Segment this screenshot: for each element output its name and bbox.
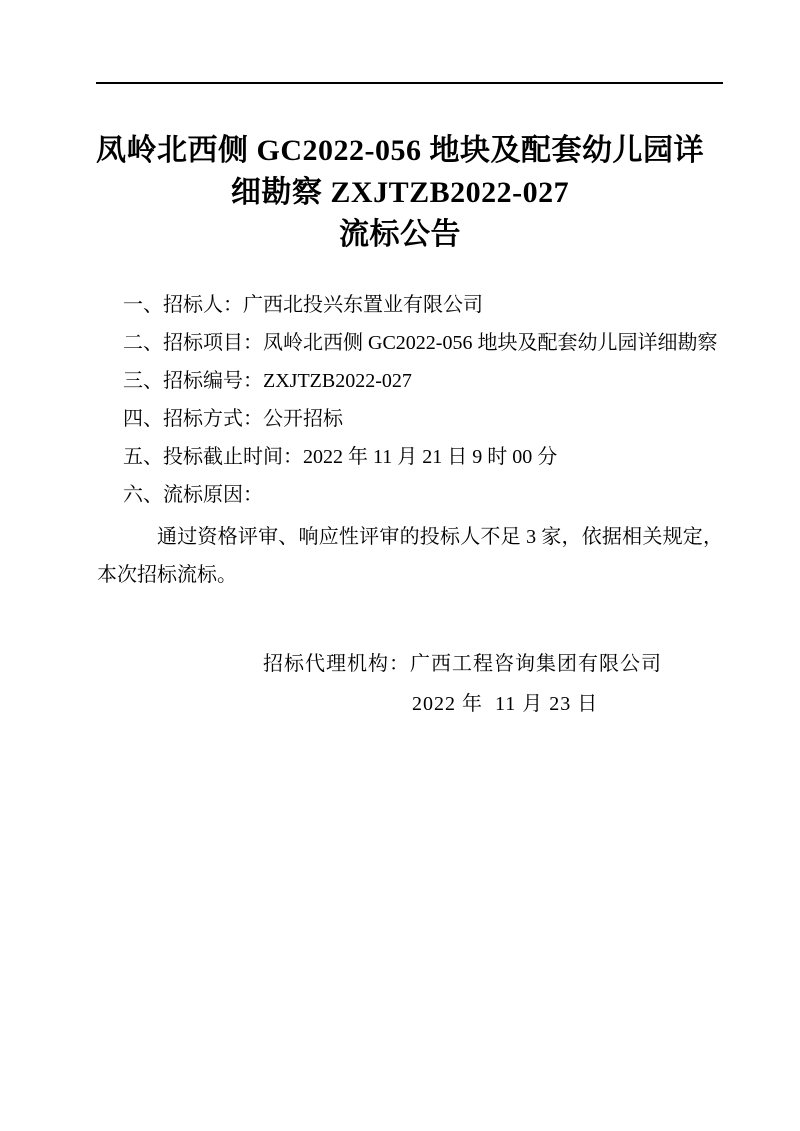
document-body: 一、招标人：广西北投兴东置业有限公司 二、招标项目：凤岭北西侧 GC2022-0… (97, 286, 723, 724)
title-line-3: 流标公告 (60, 214, 740, 256)
document-page: 凤岭北西侧 GC2022-056 地块及配套幼儿园详 细勘察 ZXJTZB202… (0, 0, 800, 1131)
title-line-2: 细勘察 ZXJTZB2022-027 (60, 172, 740, 214)
list-item-bidder: 一、招标人：广西北投兴东置业有限公司 (123, 286, 723, 324)
notice-item-list: 一、招标人：广西北投兴东置业有限公司 二、招标项目：凤岭北西侧 GC2022-0… (97, 286, 723, 514)
page-title: 凤岭北西侧 GC2022-056 地块及配套幼儿园详 细勘察 ZXJTZB202… (60, 130, 740, 256)
list-item-failure-reason-label: 六、流标原因： (123, 476, 723, 514)
header-rule (96, 82, 723, 84)
document-footer: 招标代理机构：广西工程咨询集团有限公司 2022 年 11 月 23 日 (97, 644, 723, 724)
agency-line: 招标代理机构：广西工程咨询集团有限公司 (97, 644, 723, 684)
title-line-1: 凤岭北西侧 GC2022-056 地块及配套幼儿园详 (60, 130, 740, 172)
date-line: 2022 年 11 月 23 日 (97, 684, 723, 724)
list-item-project: 二、招标项目：凤岭北西侧 GC2022-056 地块及配套幼儿园详细勘察 (123, 324, 723, 362)
list-item-deadline: 五、投标截止时间：2022 年 11 月 21 日 9 时 00 分 (123, 438, 723, 476)
list-item-tender-method: 四、招标方式：公开招标 (123, 400, 723, 438)
list-item-tender-number: 三、招标编号：ZXJTZB2022-027 (123, 362, 723, 400)
failure-reason-paragraph: 通过资格评审、响应性评审的投标人不足 3 家，依据相关规定，本次招标流标。 (97, 518, 723, 594)
